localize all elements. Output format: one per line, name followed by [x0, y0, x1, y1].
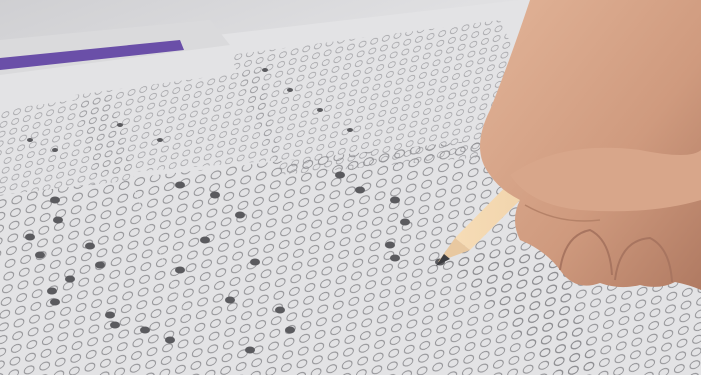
photo-illustration [0, 0, 701, 375]
answer-sheet-photo [0, 0, 701, 375]
